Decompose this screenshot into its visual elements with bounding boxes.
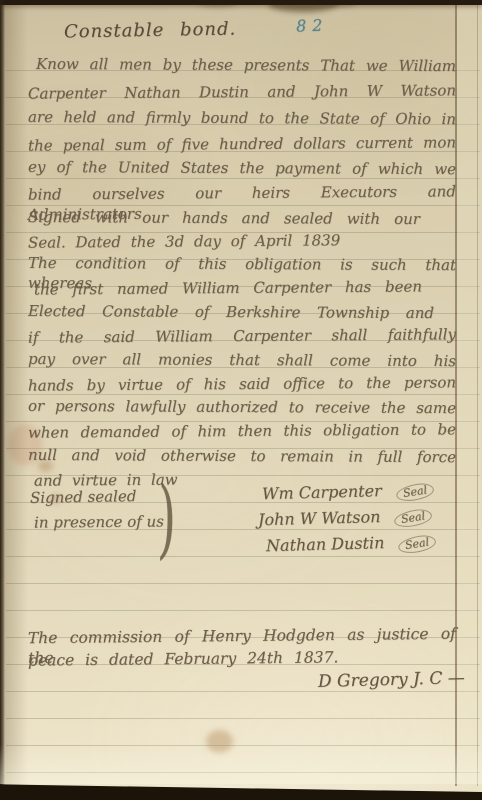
manuscript-line-2: Carpenter Nathan Dustin and John W Watso…	[28, 80, 456, 103]
manuscript-line-13: pay over all monies that shall come into…	[28, 349, 456, 371]
manuscript-page: Constable bond. 82 Know all men by these…	[0, 0, 482, 800]
manuscript-line-15: or persons lawfully authorized to receiv…	[28, 396, 456, 418]
manuscript-line-4: the penal sum of five hundred dollars cu…	[28, 132, 456, 155]
signature-name: Nathan Dustin	[266, 533, 385, 555]
manuscript-line-10: the first named William Carpenter has be…	[34, 276, 422, 299]
signature-row: Wm CarpenterSeal	[262, 480, 434, 504]
page-number: 82	[296, 15, 329, 35]
signature-row: John W WatsonSeal	[258, 506, 433, 531]
book-edge-bottom	[0, 781, 482, 800]
attestation-line-2: in presence of us	[34, 512, 164, 531]
manuscript-line-8: Seal. Dated the 3d day of April 1839	[28, 229, 456, 252]
book-edge-left	[0, 0, 5, 800]
seal-flourish: Seal	[397, 534, 437, 555]
manuscript-line-14: hands by virtue of his said office to th…	[28, 372, 456, 395]
page-edge-line-outer	[477, 4, 478, 786]
commission-note-line-2: peace is dated February 24th 1837.	[28, 648, 339, 669]
manuscript-line-11: Elected Constable of Berkshire Township …	[28, 301, 434, 323]
manuscript-line-1: Know all men by these presents That we W…	[36, 54, 456, 76]
manuscript-line-17: null and void otherwise to remain in ful…	[28, 445, 456, 467]
manuscript-line-7: Signed with our hands and sealed with ou…	[28, 207, 420, 229]
signature-name: John W Watson	[258, 507, 381, 529]
attestation-brace: )	[157, 473, 177, 564]
document-title: Constable bond.	[64, 18, 237, 42]
attestation-line-1: Signed sealed	[30, 487, 137, 507]
paper-stain	[206, 730, 233, 753]
signature-row: Nathan DustinSeal	[266, 532, 437, 556]
signature-name: Wm Carpenter	[262, 481, 382, 503]
seal-flourish: Seal	[394, 507, 434, 528]
manuscript-line-16: when demanded of him then this obligatio…	[28, 419, 456, 442]
book-edge-top	[0, 0, 482, 5]
page-bottom-highlight	[0, 744, 482, 784]
manuscript-line-5: ey of the United States the payment of w…	[28, 157, 456, 179]
clerk-signature: D Gregory J. C —	[318, 668, 465, 692]
seal-flourish: Seal	[395, 482, 435, 503]
manuscript-line-12: if the said William Carpenter shall fait…	[28, 324, 456, 347]
manuscript-line-3: are held and firmly bound to the State o…	[28, 107, 456, 129]
